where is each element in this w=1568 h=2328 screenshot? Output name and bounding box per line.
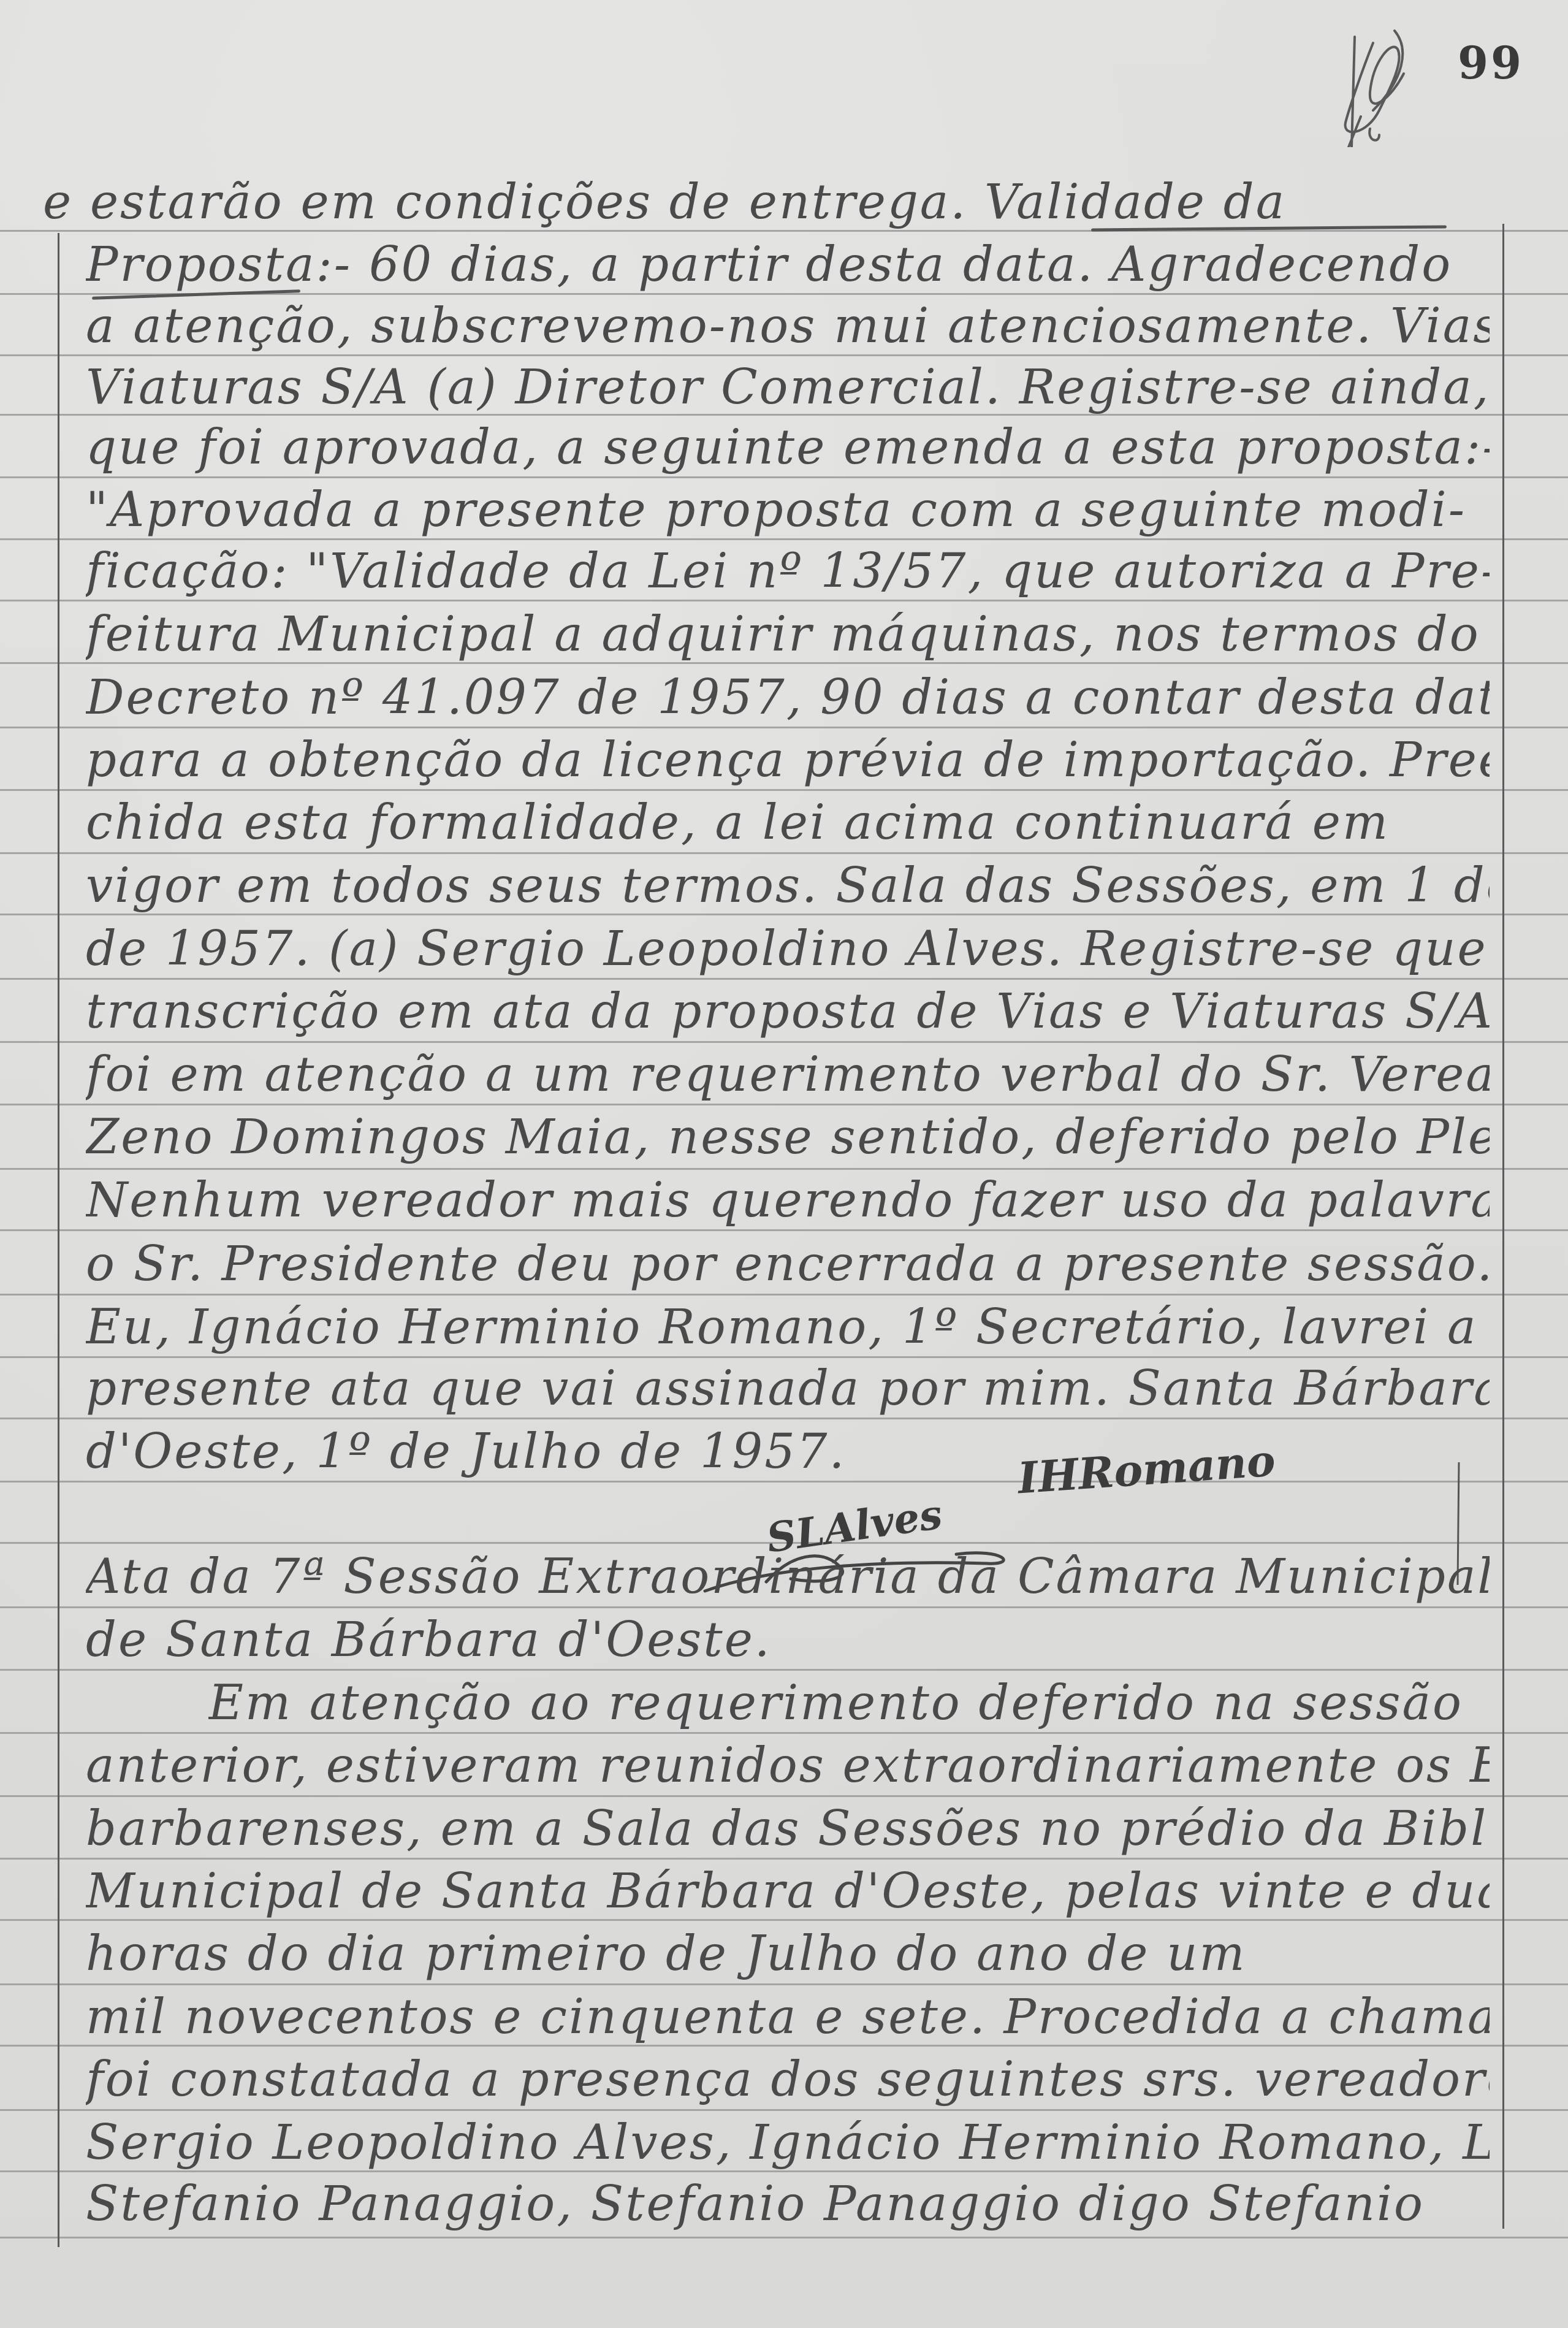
top-initials-mark (1336, 25, 1416, 147)
handwritten-line: horas do dia primeiro de Julho do ano de… (86, 1923, 1490, 1985)
minutes-heading-cont: de Santa Bárbara d'Oeste. (86, 1609, 1490, 1671)
handwritten-line: foi constatada a presença dos seguintes … (86, 2049, 1490, 2110)
handwritten-line: o Sr. Presidente deu por encerrada a pre… (86, 1234, 1490, 1295)
handwritten-line: Zeno Domingos Maia, nesse sentido, defer… (86, 1107, 1490, 1168)
handwritten-line: chida esta formalidade, a lei acima cont… (86, 792, 1490, 853)
handwritten-line: para a obtenção da licença prévia de imp… (86, 730, 1490, 791)
handwritten-line: foi em atenção a um requerimento verbal … (86, 1044, 1490, 1105)
ruled-line (0, 2237, 1568, 2238)
handwritten-line: presente ata que vai assinada por mim. S… (86, 1358, 1490, 1419)
handwritten-line: de 1957. (a) Sergio Leopoldino Alves. Re… (86, 918, 1490, 980)
handwritten-line: Eu, Ignácio Herminio Romano, 1º Secretár… (86, 1297, 1490, 1358)
page-number: 99 (1458, 37, 1524, 89)
handwritten-line: anterior, estiveram reunidos extraordina… (86, 1735, 1490, 1796)
ledger-page: 99 e estarão em condições de entrega. Va… (0, 0, 1568, 2328)
handwritten-line: barbarenses, em a Sala das Sessões no pr… (86, 1798, 1490, 1860)
handwritten-line: ficação: "Validade da Lei nº 13/57, que … (86, 541, 1490, 602)
handwritten-line: Sergio Leopoldino Alves, Ignácio Hermini… (86, 2112, 1490, 2173)
handwritten-line: d'Oeste, 1º de Julho de 1957. (86, 1421, 1490, 1483)
handwritten-line: que foi aprovada, a seguinte emenda a es… (86, 417, 1490, 478)
handwritten-line: Nenhum vereador mais querendo fazer uso … (86, 1170, 1490, 1231)
handwritten-line: Municipal de Santa Bárbara d'Oeste, pela… (86, 1861, 1490, 1922)
handwritten-line: Em atenção ao requerimento deferido na s… (208, 1673, 1568, 1734)
handwritten-line: mil novecentos e cinquenta e sete. Proce… (86, 1986, 1490, 2048)
handwritten-line: Stefanio Panaggio, Stefanio Panaggio dig… (86, 2173, 1490, 2235)
handwritten-line: vigor em todos seus termos. Sala das Ses… (86, 855, 1490, 917)
handwritten-line: "Aprovada a presente proposta com a segu… (86, 479, 1490, 541)
handwritten-line: Proposta:- 60 dias, a partir desta data.… (86, 234, 1490, 296)
minutes-heading: Ata da 7ª Sessão Extraordinária da Câmar… (86, 1546, 1490, 1608)
right-margin-line (1502, 224, 1504, 2229)
handwritten-line: transcrição em ata da proposta de Vias e… (86, 981, 1490, 1042)
handwritten-line: Decreto nº 41.097 de 1957, 90 dias a con… (86, 667, 1490, 728)
handwritten-line: e estarão em condições de entrega. Valid… (43, 172, 1447, 233)
left-margin-line (58, 233, 59, 2247)
handwritten-line: a atenção, subscrevemo-nos mui atenciosa… (86, 296, 1490, 357)
handwritten-line: feitura Municipal a adquirir máquinas, n… (86, 604, 1490, 665)
handwritten-line: Viaturas S/A (a) Diretor Comercial. Regi… (86, 357, 1490, 418)
